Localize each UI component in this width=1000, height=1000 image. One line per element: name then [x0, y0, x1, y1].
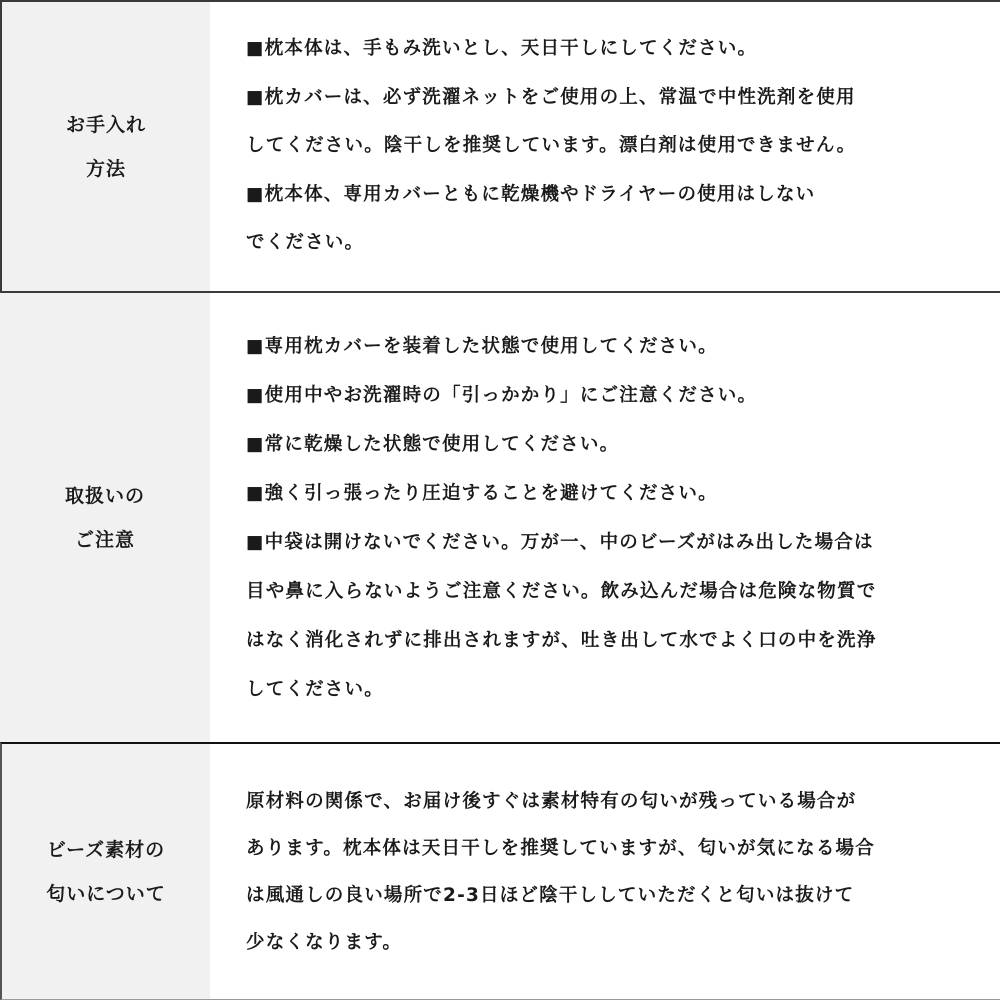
section-content: 原材料の関係で、お届け後すぐは素材特有の匂いが残っている場合が あります。枕本体… — [210, 744, 1000, 999]
content-line: ■強く引っ張ったり圧迫することを避けてください。 — [246, 469, 960, 518]
content-line: ■常に乾燥した状態で使用してください。 — [246, 420, 960, 469]
content-line: は風通しの良い場所で2-3日ほど陰干ししていただくと匂いは抜けて — [246, 872, 960, 919]
content-line: あります。枕本体は天日干しを推奨していますが、匂いが気になる場合 — [246, 825, 960, 872]
content-line: 少なくなります。 — [246, 919, 960, 966]
content-line: はなく消化されずに排出されますが、吐き出して水でよく口の中を洗浄 — [246, 616, 960, 665]
section-label-line: ご注意 — [75, 518, 135, 562]
section-label-line: 匂いについて — [46, 872, 166, 916]
content-line: 原材料の関係で、お届け後すぐは素材特有の匂いが残っている場合が — [246, 778, 960, 825]
content-line: 目や鼻に入らないようご注意ください。飲み込んだ場合は危険な物質で — [246, 567, 960, 616]
section-label-line: 方法 — [86, 147, 126, 191]
content-line: ■枕本体、専用カバーともに乾燥機やドライヤーの使用はしない — [246, 171, 960, 220]
section-label: 取扱いの ご注意 — [0, 293, 210, 742]
content-line: ■枕カバーは、必ず洗濯ネットをご使用の上、常温で中性洗剤を使用 — [246, 74, 960, 123]
content-line: でください。 — [246, 219, 960, 268]
section-label-line: ビーズ素材の — [47, 828, 165, 872]
section-label: お手入れ 方法 — [2, 2, 210, 291]
section-label: ビーズ素材の 匂いについて — [2, 744, 210, 999]
section-care-method: お手入れ 方法 ■枕本体は、手もみ洗いとし、天日干しにしてください。 ■枕カバー… — [0, 0, 1000, 293]
content-line: してください。 — [246, 665, 960, 714]
section-label-line: お手入れ — [66, 103, 146, 147]
section-content: ■枕本体は、手もみ洗いとし、天日干しにしてください。 ■枕カバーは、必ず洗濯ネッ… — [210, 2, 1000, 291]
content-line: してください。陰干しを推奨しています。漂白剤は使用できません。 — [246, 122, 960, 171]
section-bead-odor: ビーズ素材の 匂いについて 原材料の関係で、お届け後すぐは素材特有の匂いが残って… — [0, 742, 1000, 1000]
section-handling-precautions: 取扱いの ご注意 ■専用枕カバーを装着した状態で使用してください。 ■使用中やお… — [0, 293, 1000, 742]
content-line: ■使用中やお洗濯時の「引っかかり」にご注意ください。 — [246, 371, 960, 420]
content-line: ■枕本体は、手もみ洗いとし、天日干しにしてください。 — [246, 25, 960, 74]
content-line: ■中袋は開けないでください。万が一、中のビーズがはみ出した場合は — [246, 518, 960, 567]
content-line: ■専用枕カバーを装着した状態で使用してください。 — [246, 322, 960, 371]
section-label-line: 取扱いの — [65, 474, 145, 518]
section-content: ■専用枕カバーを装着した状態で使用してください。 ■使用中やお洗濯時の「引っかか… — [210, 293, 1000, 742]
